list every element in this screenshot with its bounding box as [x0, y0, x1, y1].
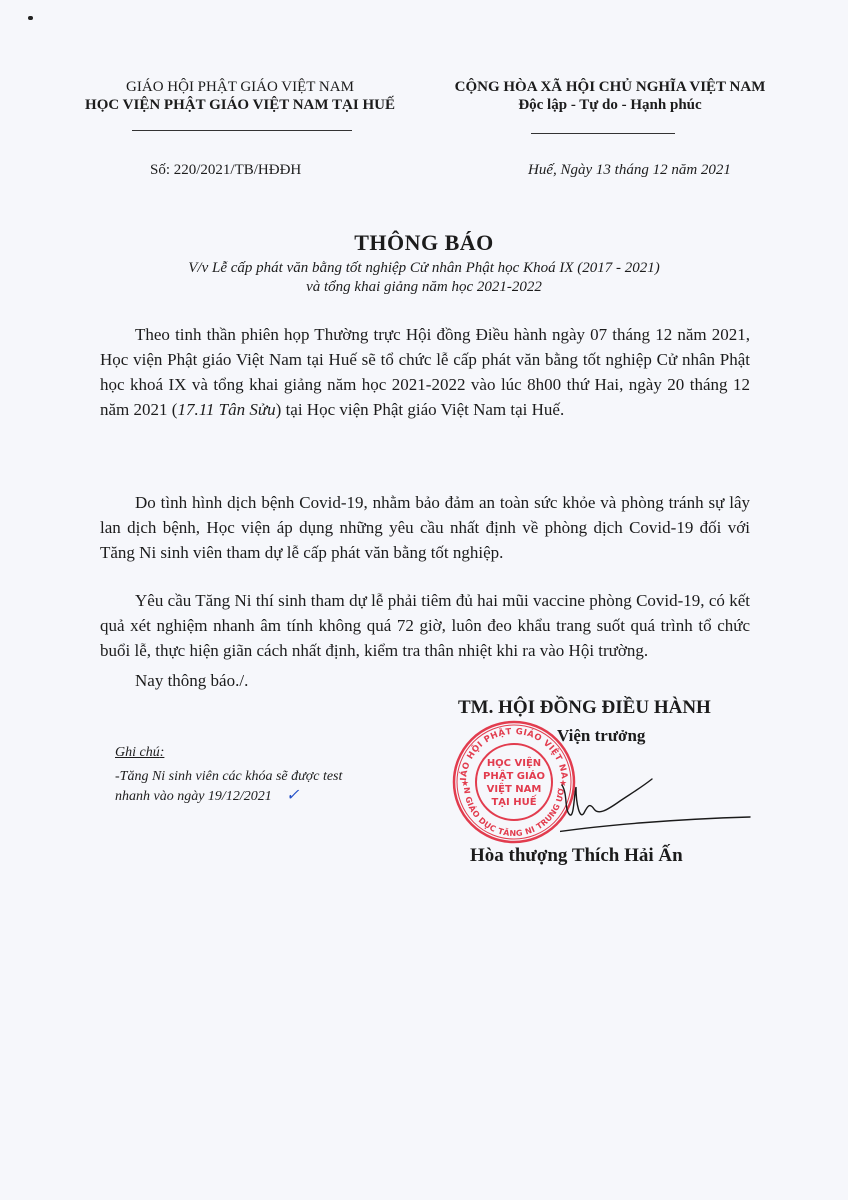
header-right: CỘNG HÒA XÃ HỘI CHỦ NGHĨA VIỆT NAM Độc l… — [430, 78, 790, 114]
note-label-text: Ghi chú — [115, 745, 160, 760]
note-label: Ghi chú: — [115, 745, 164, 761]
paragraph-3: Yêu cầu Tăng Ni thí sinh tham dự lễ phải… — [100, 588, 750, 663]
paragraph-1: Theo tinh thần phiên họp Thường trực Hội… — [100, 322, 750, 422]
handwritten-tick-icon: ✓ — [286, 785, 299, 805]
subtitle-line-1: V/v Lễ cấp phát văn bằng tốt nghiệp Cử n… — [0, 259, 848, 278]
handwritten-signature-icon — [560, 765, 760, 835]
document-title: THÔNG BÁO — [0, 230, 848, 256]
org-name: HỌC VIỆN PHẬT GIÁO VIỆT NAM TẠI HUẾ — [60, 96, 420, 114]
subtitle-line-2: và tổng khai giảng năm học 2021-2022 — [0, 278, 848, 297]
org-parent: GIÁO HỘI PHẬT GIÁO VIỆT NAM — [60, 78, 420, 96]
closing-line: Nay thông báo./. — [100, 668, 750, 693]
document-number: Số: 220/2021/TB/HĐĐH — [150, 162, 301, 179]
document-subtitle: V/v Lễ cấp phát văn bằng tốt nghiệp Cử n… — [0, 259, 848, 297]
note-text: -Tăng Ni sinh viên các khóa sẽ được test… — [115, 767, 345, 807]
lunar-date: 17.11 Tân Sửu — [177, 400, 275, 419]
official-stamp-icon: GIÁO HỘI PHẬT GIÁO VIỆT NAM BAN GIÁO DỤC… — [452, 720, 576, 844]
header-right-rule — [531, 133, 675, 134]
note-colon: : — [160, 745, 165, 760]
svg-text:★: ★ — [461, 779, 469, 789]
svg-text:HỌC VIỆN: HỌC VIỆN — [487, 756, 541, 769]
country-name: CỘNG HÒA XÃ HỘI CHỦ NGHĨA VIỆT NAM — [430, 78, 790, 96]
svg-text:VIỆT NAM: VIỆT NAM — [487, 782, 542, 795]
paragraph-1-text-end: ) tại Học viện Phật giáo Việt Nam tại Hu… — [276, 400, 565, 419]
scan-speck — [28, 16, 33, 20]
svg-text:PHẬT GIÁO: PHẬT GIÁO — [483, 769, 545, 782]
header-left: GIÁO HỘI PHẬT GIÁO VIỆT NAM HỌC VIỆN PHẬ… — [60, 78, 420, 114]
signatory-on-behalf: TM. HỘI ĐỒNG ĐIỀU HÀNH — [458, 697, 711, 719]
svg-text:TẠI HUẾ: TẠI HUẾ — [491, 793, 536, 808]
paragraph-2: Do tình hình dịch bệnh Covid-19, nhằm bả… — [100, 490, 750, 565]
header-left-rule — [132, 130, 352, 131]
national-motto: Độc lập - Tự do - Hạnh phúc — [430, 96, 790, 114]
signatory-name: Hòa thượng Thích Hải Ấn — [470, 845, 683, 867]
place-date: Huế, Ngày 13 tháng 12 năm 2021 — [528, 162, 731, 179]
